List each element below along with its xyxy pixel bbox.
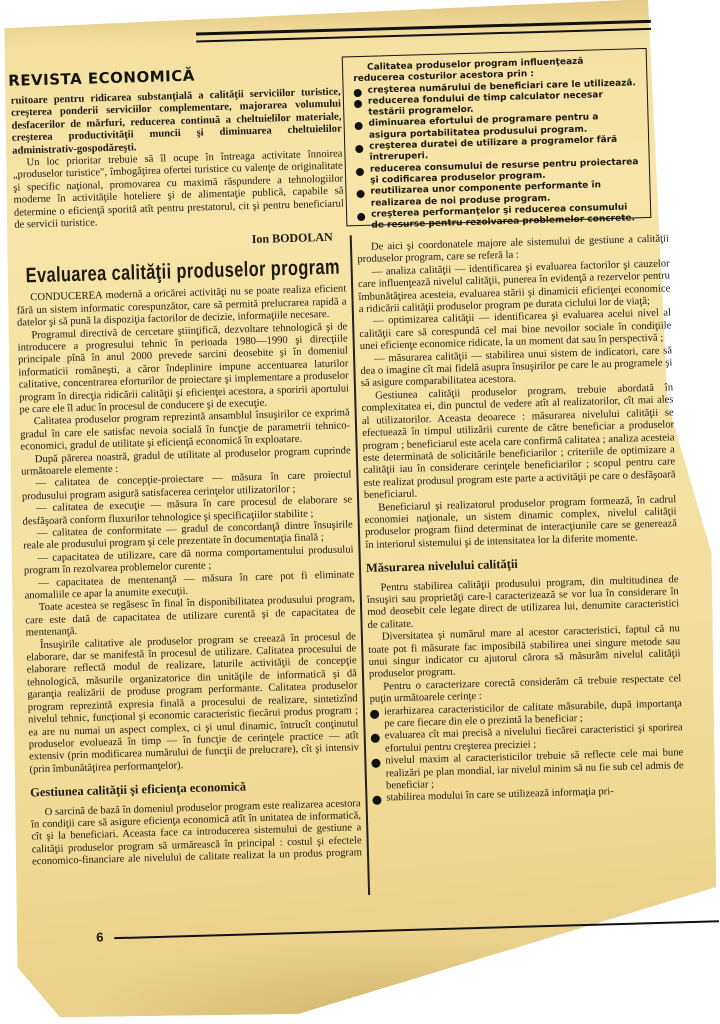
page-number: 6 [96,929,104,944]
right-column: De aici şi coordonatele majore ale siste… [357,233,685,805]
requirements-list: ierarhizarea caracteristicilor de calita… [370,698,685,806]
footer-rule [114,920,719,939]
article-paragraph: Însuşirile calitative ale produselor pro… [26,631,360,777]
section-heading: Măsurarea nivelului calităţii [366,553,678,574]
author-signature: Ion BODOLAN [15,231,345,253]
masthead: REVISTA ECONOMICĂ [8,67,195,90]
magazine-page-content: REVISTA ECONOMICĂ ruitoare pentru ridica… [0,0,720,1024]
article-paragraph: Programul directivă de cercetare ştiinţi… [17,321,349,417]
sidebar-box: Calitatea produselor program influenţeaz… [342,48,652,226]
article-paragraph: O sarcină de bază în domeniul produselor… [31,798,363,869]
article-title: Evaluarea calităţii produselor program [26,263,276,282]
article-paragraph: Pentru stabilirea calităţii produsului p… [366,574,679,632]
article-paragraph: — analiza calităţii — identificarea şi e… [358,258,671,316]
article-paragraph: Gestiunea calităţii produselor program, … [361,382,676,502]
left-column: ruitoare pentru ridicarea substanţială a… [11,87,362,869]
previous-article-paragraph: Un loc prioritar trebuie să îl ocupe în … [12,149,344,233]
section-heading: Gestiunea calităţii şi eficienţa economi… [30,777,360,799]
previous-article-paragraph: ruitoare pentru ridicarea substanţială a… [11,87,343,158]
article-paragraph: Diversitatea şi numărul mare al acestor … [368,623,681,681]
article-paragraph: Beneficiarul şi realizatorul produselor … [364,494,677,552]
sidebar-list: creşterea numărului de beneficiari care … [354,78,641,233]
